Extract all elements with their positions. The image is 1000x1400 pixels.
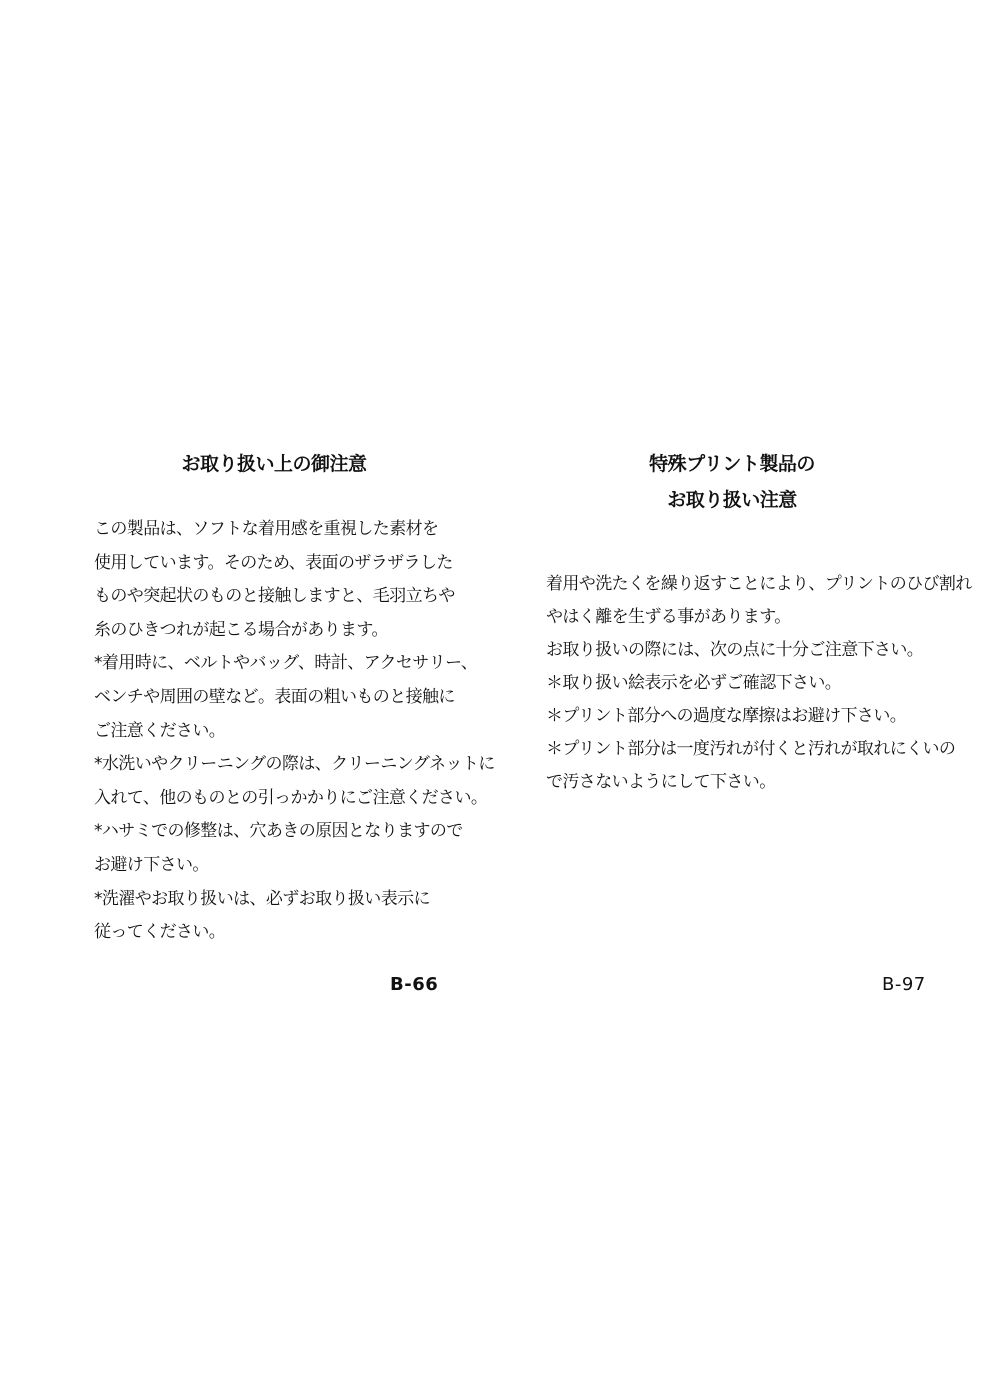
body-line: *ハサミでの修整は、穴あきの原因となりますので: [94, 815, 474, 849]
body-line: ご注意ください。: [94, 715, 474, 749]
body-line: 従ってください。: [94, 916, 474, 950]
left-care-section: お取り扱い上の御注意 この製品は、ソフトな着用感を重視した素材を 使用しています…: [94, 446, 474, 950]
page-number-right: B-97: [882, 973, 926, 997]
body-line: やはく離を生ずる事があります。: [546, 601, 946, 634]
left-section-body: この製品は、ソフトな着用感を重視した素材を 使用しています。そのため、表面のザラ…: [94, 513, 474, 950]
body-line: この製品は、ソフトな着用感を重視した素材を: [94, 513, 474, 547]
right-section-title-line2: お取り扱い注意: [546, 482, 918, 518]
right-section-body: 着用や洗たくを繰り返すことにより、プリントのひび割れ やはく離を生ずる事がありま…: [546, 568, 946, 799]
body-line: 着用や洗たくを繰り返すことにより、プリントのひび割れ: [546, 568, 946, 601]
body-line: *洗濯やお取り扱いは、必ずお取り扱い表示に: [94, 883, 474, 917]
body-line: ものや突起状のものと接触しますと、毛羽立ちや: [94, 580, 474, 614]
right-print-care-section: 特殊プリント製品の お取り扱い注意 着用や洗たくを繰り返すことにより、プリントの…: [546, 446, 946, 799]
body-line: *着用時に、ベルトやバッグ、時計、アクセサリー、: [94, 647, 474, 681]
right-section-title-line1: 特殊プリント製品の: [546, 446, 918, 482]
body-line: で汚さないようにして下さい。: [546, 766, 946, 799]
body-line: ＊プリント部分への過度な摩擦はお避け下さい。: [546, 700, 946, 733]
page-number-left: B-66: [390, 973, 438, 997]
body-line: *水洗いやクリーニングの際は、クリーニングネットに: [94, 748, 474, 782]
body-line: 糸のひきつれが起こる場合があります。: [94, 614, 474, 648]
body-line: 使用しています。そのため、表面のザラザラした: [94, 547, 474, 581]
body-line: 入れて、他のものとの引っかかりにご注意ください。: [94, 782, 474, 816]
body-line: ＊プリント部分は一度汚れが付くと汚れが取れにくいの: [546, 733, 946, 766]
left-section-title: お取り扱い上の御注意: [94, 446, 454, 482]
body-line: お避け下さい。: [94, 849, 474, 883]
body-line: ＊取り扱い絵表示を必ずご確認下さい。: [546, 667, 946, 700]
body-line: お取り扱いの際には、次の点に十分ご注意下さい。: [546, 634, 946, 667]
body-line: ベンチや周囲の壁など。表面の粗いものと接触に: [94, 681, 474, 715]
